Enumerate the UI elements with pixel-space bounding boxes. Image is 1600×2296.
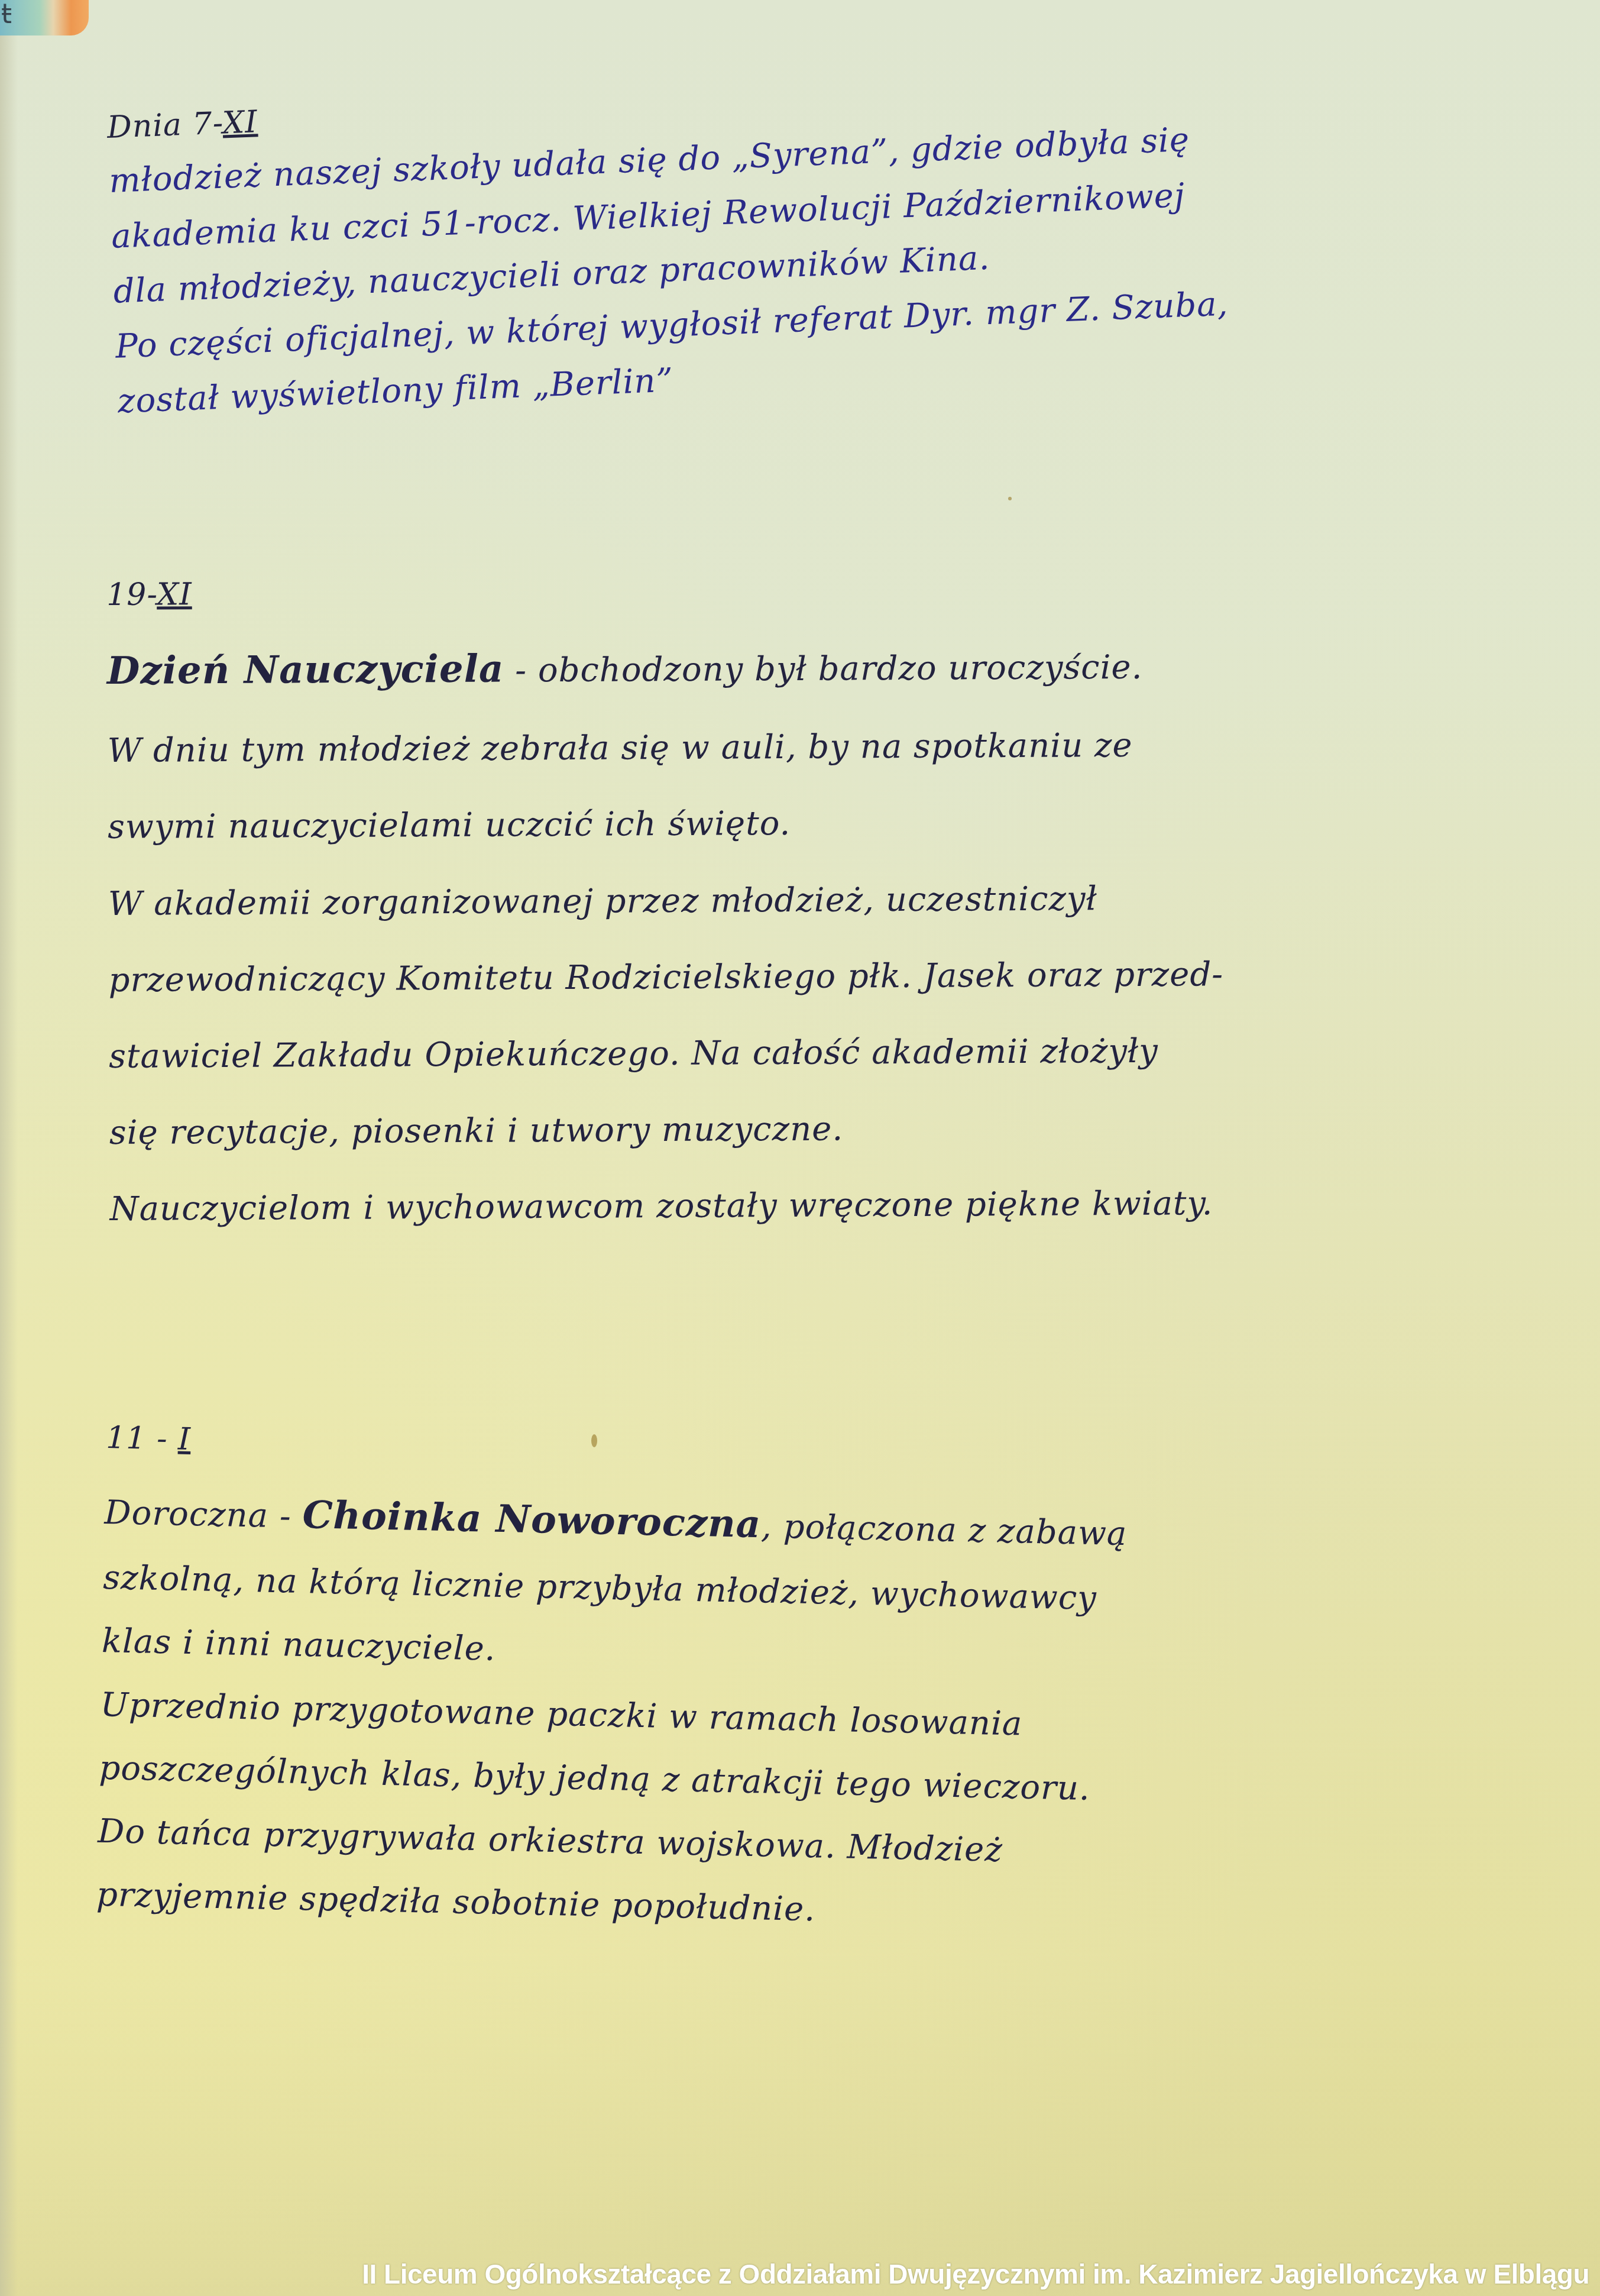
date-day: 19-: [106, 577, 157, 613]
entry-11-i: 11 - I Doroczna - Choinka Noworoczna, po…: [96, 1419, 1525, 1968]
date-month: XI: [222, 104, 258, 141]
page-edge: [0, 0, 18, 2296]
entry-line: klas i inni nauczyciele.: [101, 1621, 1521, 1690]
corner-color-mark: ŧ: [0, 0, 89, 35]
entry-line: Uprzednio przygotowane paczki w ramach l…: [100, 1684, 1520, 1754]
entry-line: szkolną, na którą licznie przybyła młodz…: [103, 1558, 1523, 1627]
date-day: 11 -: [106, 1420, 179, 1457]
entry-line: Do tańca przygrywała orkiestra wojskowa.…: [98, 1812, 1517, 1881]
entry-title-rest: , połączona z zabawą: [761, 1508, 1128, 1554]
entry-title-line: Dzień Nauczyciela - obchodzony był bardz…: [107, 642, 1526, 694]
entry-line: przewodniczący Komitetu Rodzicielskiego …: [108, 953, 1527, 1000]
entry-title: Choinka Noworoczna: [302, 1493, 762, 1547]
entry-title: Dzień Nauczyciela: [107, 647, 504, 694]
entry-date: 19-XI: [106, 569, 1525, 613]
entry-19-xi: 19-XI Dzień Nauczyciela - obchodzony był…: [106, 569, 1529, 1266]
entry-line: stawiciel Zakładu Opiekuńczego. Na całoś…: [109, 1029, 1528, 1076]
entry-title-line: Doroczna - Choinka Noworoczna, połączona…: [104, 1489, 1524, 1564]
entry-date: 11 - I: [106, 1419, 1525, 1486]
entry-line: poszczególnych klas, były jedną z atrakc…: [99, 1748, 1518, 1818]
date-month: XI: [157, 577, 192, 612]
entry-line: W akademii zorganizowanej przez młodzież…: [108, 877, 1527, 924]
entry-line: przyjemnie spędziła sobotnie popołudnie.: [96, 1875, 1515, 1944]
entry-title-rest: - obchodzony był bardzo uroczyście.: [504, 648, 1142, 690]
school-watermark: II Liceum Ogólnokształcące z Oddziałami …: [362, 2258, 1589, 2290]
paper-dot: [1008, 497, 1012, 500]
entry-line: W dniu tym młodzież zebrała się w auli, …: [107, 724, 1526, 771]
entry-7-xi: Dnia 7-XI młodzież naszej szkoły udała s…: [106, 55, 1537, 437]
entry-line: swymi nauczycielami uczcić ich święto.: [108, 800, 1527, 848]
entry-line: się recytacje, piosenki i utwory muzyczn…: [109, 1106, 1528, 1153]
date-month: I: [177, 1422, 191, 1457]
date-day: Dnia 7-: [106, 106, 223, 145]
entry-line: Nauczycielom i wychowawcom zostały wręcz…: [109, 1182, 1528, 1230]
corner-pen-mark-icon: ŧ: [1, 0, 12, 30]
entry-title-prefix: Doroczna -: [104, 1493, 303, 1536]
